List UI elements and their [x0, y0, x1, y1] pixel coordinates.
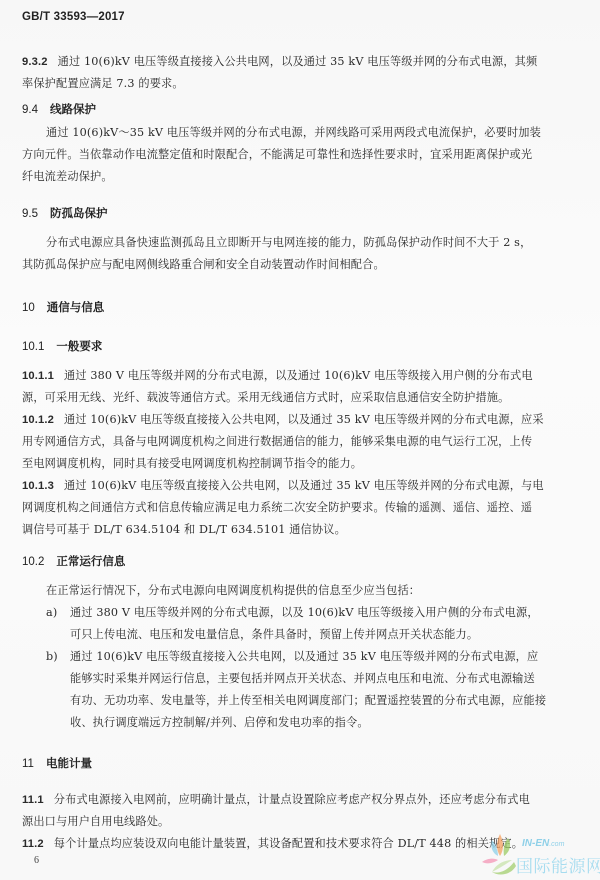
section-heading-9-4: 9.4线路保护: [22, 101, 96, 117]
clause-number: 10.1.1: [22, 370, 54, 382]
list-marker: a): [46, 606, 70, 620]
clause-text: 通过 10(6)kV 电压等级直接接入公共电网，以及通过 35 kV 电压等级并…: [64, 479, 544, 492]
section-heading-10-1: 10.1一般要求: [22, 338, 102, 354]
clause-10-1-1-line-2: 源，可采用无线、光纤、载波等通信方式。采用无线通信方式时，应采取信息通信安全防护…: [22, 391, 510, 405]
clause-11-1-line-2: 源出口与用户自用电线路处。: [22, 815, 169, 829]
list-item-a-line-2: 可只上传电流、电压和发电量信息，条件具备时，预留上传并网点开关状态能力。: [70, 628, 478, 642]
section-title: 一般要求: [56, 339, 102, 353]
clause-text: 每个计量点均应装设双向电能计量装置，其设备配置和技术要求符合 DL/T 448 …: [54, 837, 523, 850]
section-number: 9.4: [22, 104, 38, 116]
clause-10-1-3-line-1: 10.1.3通过 10(6)kV 电压等级直接接入公共电网，以及通过 35 kV…: [22, 479, 544, 493]
clause-text: 通过 10(6)kV 电压等级直接接入公共电网，以及通过 35 kV 电压等级并…: [64, 413, 544, 426]
clause-10-1-3-line-3: 调信号可基于 DL/T 634.5104 和 DL/T 634.5101 通信协…: [22, 523, 346, 537]
chapter-heading-11: 11电能计量: [22, 755, 92, 771]
paragraph-9-4-line-3: 纤电流差动保护。: [22, 170, 113, 184]
list-text: 通过 10(6)kV 电压等级直接接入公共电网，以及通过 35 kV 电压等级并…: [70, 650, 538, 663]
section-heading-9-5: 9.5防孤岛保护: [22, 205, 108, 221]
clause-number: 11.2: [22, 838, 44, 850]
clause-text: 分布式电源接入电网前，应明确计量点，计量点设置除应考虑产权分界点外，还应考虑分布…: [54, 793, 530, 806]
clause-11-1-line-1: 11.1分布式电源接入电网前，应明确计量点，计量点设置除应考虑产权分界点外，还应…: [22, 793, 530, 807]
clause-9-3-2-line-1: 9.3.2通过 10(6)kV 电压等级直接接入公共电网，以及通过 35 kV …: [22, 55, 537, 69]
watermark-en-text: IN-EN.com: [522, 838, 564, 849]
clause-10-1-1-line-1: 10.1.1通过 380 V 电压等级并网的分布式电源，以及通过 10(6)kV…: [22, 369, 533, 383]
list-item-a-line-1: a)通过 380 V 电压等级并网的分布式电源，以及 10(6)kV 电压等级接…: [46, 606, 539, 620]
clause-text: 通过 380 V 电压等级并网的分布式电源，以及通过 10(6)kV 电压等级接…: [64, 369, 533, 382]
section-heading-10-2: 10.2正常运行信息: [22, 553, 125, 569]
clause-10-1-2-line-1: 10.1.2通过 10(6)kV 电压等级直接接入公共电网，以及通过 35 kV…: [22, 413, 544, 427]
section-title: 线路保护: [50, 102, 96, 116]
list-item-b-line-2: 能够实时采集并网运行信息，主要包括并网点开关状态、并网点电压和电流、分布式电源输…: [70, 672, 535, 686]
section-title: 防孤岛保护: [50, 206, 108, 220]
clause-number: 11.1: [22, 794, 44, 806]
paragraph-9-5-line-2: 其防孤岛保护应与配电网侧线路重合闸和安全自动装置动作时间相配合。: [22, 258, 385, 272]
clause-number: 10.1.2: [22, 414, 54, 426]
clause-text: 通过 10(6)kV 电压等级直接接入公共电网，以及通过 35 kV 电压等级并…: [58, 55, 538, 68]
section-number: 9.5: [22, 208, 38, 220]
watermark-cn-text: 国际能源网: [516, 852, 600, 877]
clause-10-1-2-line-2: 用专网通信方式，具备与电网调度机构之间进行数据通信的能力，能够采集电源的电气运行…: [22, 435, 532, 449]
clause-9-3-2-line-2: 率保护配置应满足 7.3 的要求。: [22, 77, 184, 91]
page-number: 6: [34, 855, 39, 866]
paragraph-10-2-intro: 在正常运行情况下，分布式电源向电网调度机构提供的信息至少应当包括：: [46, 584, 420, 598]
chapter-title: 通信与信息: [47, 300, 105, 314]
clause-number: 9.3.2: [22, 56, 48, 68]
section-number: 10.1: [22, 341, 44, 353]
paragraph-9-4-line-1: 通过 10(6)kV～35 kV 电压等级并网的分布式电源，并网线路可采用两段式…: [46, 126, 541, 140]
list-item-b-line-1: b)通过 10(6)kV 电压等级直接接入公共电网，以及通过 35 kV 电压等…: [46, 650, 538, 664]
chapter-number: 10: [22, 302, 35, 314]
section-number: 10.2: [22, 556, 44, 568]
list-marker: b): [46, 650, 70, 664]
list-item-b-line-4: 收、执行调度端远方控制解/并列、启停和发电功率的指令。: [70, 716, 369, 730]
list-text: 通过 380 V 电压等级并网的分布式电源，以及 10(6)kV 电压等级接入用…: [70, 606, 539, 619]
chapter-number: 11: [22, 758, 34, 770]
in-en-watermark: IN-EN.com 国际能源网: [478, 832, 600, 880]
clause-10-1-3-line-2: 网调度机构之间通信方式和信息传输应满足电力系统二次安全防护要求。传输的遥测、遥信…: [22, 501, 532, 515]
list-item-b-line-3: 有功、无功功率、发电量等，并上传至相关电网调度部门；配置遥控装置的分布式电源，应…: [70, 694, 546, 708]
clause-number: 10.1.3: [22, 480, 54, 492]
standard-header: GB/T 33593—2017: [22, 11, 125, 23]
chapter-heading-10: 10通信与信息: [22, 299, 104, 315]
paragraph-9-5-line-1: 分布式电源应具备快速监测孤岛且立即断开与电网连接的能力，防孤岛保护动作时间不大于…: [46, 236, 531, 250]
chapter-title: 电能计量: [46, 756, 92, 770]
document-page: GB/T 33593—2017 9.3.2通过 10(6)kV 电压等级直接接入…: [0, 0, 600, 880]
clause-11-2-line-1: 11.2每个计量点均应装设双向电能计量装置，其设备配置和技术要求符合 DL/T …: [22, 837, 523, 851]
clause-10-1-2-line-3: 至电网调度机构，同时具有接受电网调度机构控制调节指令的能力。: [22, 457, 362, 471]
section-title: 正常运行信息: [56, 554, 125, 568]
paragraph-9-4-line-2: 方向元件。当依靠动作电流整定值和时限配合，不能满足可靠性和选择性要求时，宜采用距…: [22, 148, 532, 162]
